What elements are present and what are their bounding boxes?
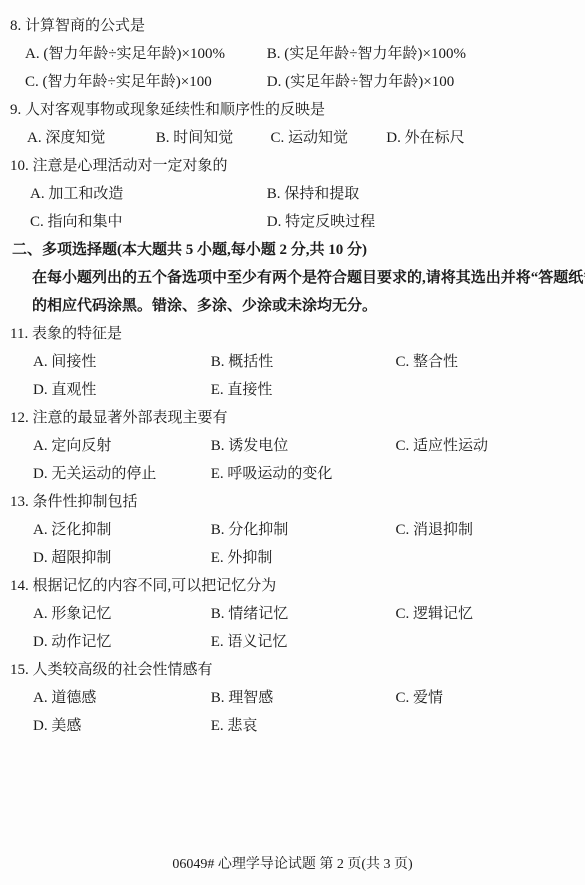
page-footer: 06049# 心理学导论试题 第 2 页(共 3 页): [0, 851, 585, 879]
question-8-stem: 8. 计算智商的公式是: [0, 12, 585, 40]
question-11-option-b: B. 概括性: [211, 348, 392, 376]
question-15-stem: 15. 人类较高级的社会性情感有: [0, 656, 585, 684]
question-15: 15. 人类较高级的社会性情感有 A. 道德感 B. 理智感 C. 爱情 D. …: [0, 656, 585, 740]
question-15-option-a: A. 道德感: [33, 684, 207, 712]
question-14-stem: 14. 根据记忆的内容不同,可以把记忆分为: [0, 572, 585, 600]
question-10-option-b: B. 保持和提取: [267, 186, 360, 202]
question-10-options-row-1: A. 加工和改造 B. 保持和提取: [0, 180, 585, 208]
question-11-option-e: E. 直接性: [211, 382, 273, 398]
question-8-option-c: C. (智力年龄÷实足年龄)×100: [25, 68, 263, 96]
question-10: 10. 注意是心理活动对一定对象的 A. 加工和改造 B. 保持和提取 C. 指…: [0, 152, 585, 236]
question-11-options-row-2: D. 直观性 E. 直接性: [0, 376, 585, 404]
question-11-option-d: D. 直观性: [33, 376, 207, 404]
question-13-options-row-1: A. 泛化抑制 B. 分化抑制 C. 消退抑制: [0, 516, 585, 544]
question-14-option-a: A. 形象记忆: [33, 600, 207, 628]
question-9-option-b: B. 时间知觉: [156, 124, 267, 152]
question-9: 9. 人对客观事物或现象延续性和顺序性的反映是 A. 深度知觉 B. 时间知觉 …: [0, 96, 585, 152]
question-10-option-d: D. 特定反映过程: [267, 214, 375, 230]
question-11-stem: 11. 表象的特征是: [0, 320, 585, 348]
question-9-stem: 9. 人对客观事物或现象延续性和顺序性的反映是: [0, 96, 585, 124]
exam-body: 8. 计算智商的公式是 A. (智力年龄÷实足年龄)×100% B. (实足年龄…: [0, 12, 585, 740]
question-13-option-a: A. 泛化抑制: [33, 516, 207, 544]
question-8-options-row-1: A. (智力年龄÷实足年龄)×100% B. (实足年龄÷智力年龄)×100%: [0, 40, 585, 68]
question-15-options-row-2: D. 美感 E. 悲哀: [0, 712, 585, 740]
question-12-stem: 12. 注意的最显著外部表现主要有: [0, 404, 585, 432]
question-8-option-b: B. (实足年龄÷智力年龄)×100%: [267, 46, 466, 62]
question-13-stem: 13. 条件性抑制包括: [0, 488, 585, 516]
question-15-options-row-1: A. 道德感 B. 理智感 C. 爱情: [0, 684, 585, 712]
question-11-options-row-1: A. 间接性 B. 概括性 C. 整合性: [0, 348, 585, 376]
question-9-options-row-1: A. 深度知觉 B. 时间知觉 C. 运动知觉 D. 外在标尺: [0, 124, 585, 152]
question-9-option-c: C. 运动知觉: [271, 124, 383, 152]
question-11-option-a: A. 间接性: [33, 348, 207, 376]
question-11-option-c: C. 整合性: [396, 354, 459, 370]
question-12-options-row-1: A. 定向反射 B. 诱发电位 C. 适应性运动: [0, 432, 585, 460]
question-14-option-b: B. 情绪记忆: [211, 600, 392, 628]
question-9-option-a: A. 深度知觉: [27, 124, 152, 152]
question-14-option-c: C. 逻辑记忆: [396, 606, 474, 622]
question-14-option-d: D. 动作记忆: [33, 628, 207, 656]
question-8-option-d: D. (实足年龄÷智力年龄)×100: [267, 74, 455, 90]
question-8: 8. 计算智商的公式是 A. (智力年龄÷实足年龄)×100% B. (实足年龄…: [0, 12, 585, 96]
question-12-option-a: A. 定向反射: [33, 432, 207, 460]
question-10-options-row-2: C. 指向和集中 D. 特定反映过程: [0, 208, 585, 236]
section-2-instructions-line-2: 的相应代码涂黑。错涂、多涂、少涂或未涂均无分。: [0, 292, 585, 320]
question-12-option-e: E. 呼吸运动的变化: [211, 466, 333, 482]
section-2-instructions-line-1: 在每小题列出的五个备选项中至少有两个是符合题目要求的,请将其选出并将“答题纸”: [0, 264, 585, 292]
question-14-option-e: E. 语义记忆: [211, 634, 288, 650]
question-10-option-c: C. 指向和集中: [30, 208, 263, 236]
question-8-options-row-2: C. (智力年龄÷实足年龄)×100 D. (实足年龄÷智力年龄)×100: [0, 68, 585, 96]
question-13: 13. 条件性抑制包括 A. 泛化抑制 B. 分化抑制 C. 消退抑制 D. 超…: [0, 488, 585, 572]
question-13-option-b: B. 分化抑制: [211, 516, 392, 544]
question-14-options-row-2: D. 动作记忆 E. 语义记忆: [0, 628, 585, 656]
question-12-options-row-2: D. 无关运动的停止 E. 呼吸运动的变化: [0, 460, 585, 488]
question-15-option-c: C. 爱情: [396, 690, 444, 706]
section-2-title: 二、多项选择题(本大题共 5 小题,每小题 2 分,共 10 分): [0, 236, 585, 264]
question-12-option-d: D. 无关运动的停止: [33, 460, 207, 488]
question-15-option-d: D. 美感: [33, 712, 207, 740]
question-12: 12. 注意的最显著外部表现主要有 A. 定向反射 B. 诱发电位 C. 适应性…: [0, 404, 585, 488]
exam-page: 8. 计算智商的公式是 A. (智力年龄÷实足年龄)×100% B. (实足年龄…: [0, 0, 585, 885]
question-13-option-d: D. 超限抑制: [33, 544, 207, 572]
question-15-option-e: E. 悲哀: [211, 718, 258, 734]
question-14: 14. 根据记忆的内容不同,可以把记忆分为 A. 形象记忆 B. 情绪记忆 C.…: [0, 572, 585, 656]
question-13-option-e: E. 外抑制: [211, 550, 273, 566]
question-12-option-c: C. 适应性运动: [396, 438, 489, 454]
question-13-options-row-2: D. 超限抑制 E. 外抑制: [0, 544, 585, 572]
question-11: 11. 表象的特征是 A. 间接性 B. 概括性 C. 整合性 D. 直观性 E…: [0, 320, 585, 404]
question-10-stem: 10. 注意是心理活动对一定对象的: [0, 152, 585, 180]
question-10-option-a: A. 加工和改造: [30, 180, 263, 208]
question-8-option-a: A. (智力年龄÷实足年龄)×100%: [25, 40, 263, 68]
question-13-option-c: C. 消退抑制: [396, 522, 474, 538]
question-12-option-b: B. 诱发电位: [211, 432, 392, 460]
question-15-option-b: B. 理智感: [211, 684, 392, 712]
question-14-options-row-1: A. 形象记忆 B. 情绪记忆 C. 逻辑记忆: [0, 600, 585, 628]
question-9-option-d: D. 外在标尺: [386, 130, 464, 146]
